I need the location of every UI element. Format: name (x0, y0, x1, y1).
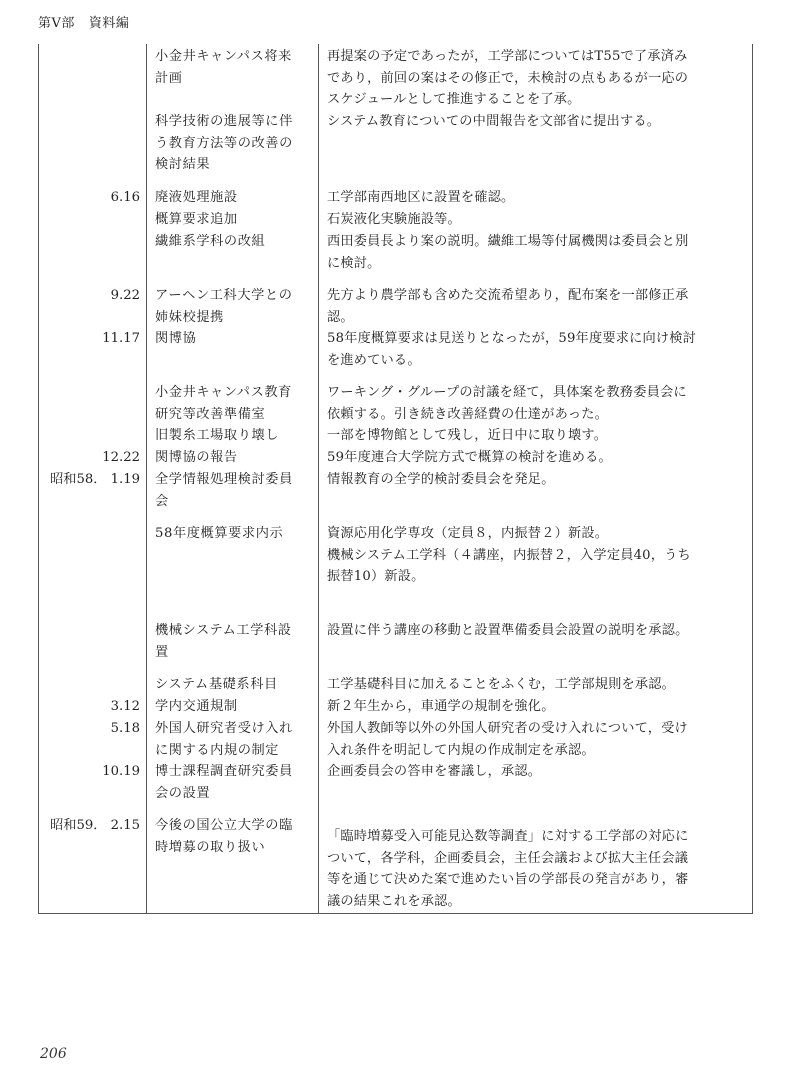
description-cell: 59年度連合大学院方式で概算の検討を進める。 (327, 447, 747, 469)
item-line: アーヘン工科大学との (155, 285, 313, 307)
part-label: 第Ⅴ部 (38, 16, 75, 31)
item-cell: 廃液処理施設 (155, 187, 313, 209)
description-cell: 工学部南西地区に設置を確認。 (327, 187, 747, 209)
description-cell: ワーキング・グループの討議を経て，具体案を教務委員会に依頼する。引き続き改善経費… (327, 382, 747, 425)
description-line: であり，前回の案はその修正で，未検討の点もあるが一応の (327, 68, 747, 90)
item-line: 会の設置 (155, 783, 313, 805)
description-line: 再提案の予定であったが，工学部についてはT55で了承済み (327, 46, 747, 68)
item-line: 置 (155, 642, 313, 664)
description-cell: 先方より農学部も含めた交流希望あり，配布案を一部修正承認。 (327, 285, 747, 328)
item-cell: 科学技術の進展等に伴う教育方法等の改善の検討結果 (155, 111, 313, 176)
item-cell: 機械システム工学科設置 (155, 620, 313, 663)
date-cell: 10.19 (39, 761, 140, 783)
description-line: 西田委員長より案の説明。繊維工場等付属機関は委員会と別 (327, 231, 747, 253)
item-cell: 博士課程調査研究委員会の設置 (155, 761, 313, 804)
item-line: 機械システム工学科設 (155, 620, 313, 642)
description-line: 工学基礎科目に加えることをふくむ，工学部規則を承認。 (327, 674, 747, 696)
item-line: 博士課程調査研究委員 (155, 761, 313, 783)
description-line: スケジュールとして推進することを了承。 (327, 89, 747, 111)
item-cell: アーヘン工科大学との姉妹校提携 (155, 285, 313, 328)
description-cell: システム教育についての中間報告を文部省に提出する。 (327, 111, 747, 133)
item-line: 姉妹校提携 (155, 307, 313, 329)
description-line: 先方より農学部も含めた交流希望あり，配布案を一部修正承 (327, 285, 747, 307)
description-line: 外国人教師等以外の外国人研究者の受け入れについて，受け (327, 718, 747, 740)
description-line: 情報教育の全学的検討委員会を発足。 (327, 469, 747, 491)
date-cell: 昭和58． 1.19 (39, 469, 140, 491)
description-line: 議の結果これを承認。 (327, 891, 747, 913)
section-label: 資料編 (89, 16, 130, 31)
description-line: 企画委員会の答申を審議し，承認。 (327, 761, 747, 783)
description-line: 工学部南西地区に設置を確認。 (327, 187, 747, 209)
description-cell: 58年度概算要求は見送りとなったが，59年度要求に向け検討を進めている。 (327, 328, 747, 371)
description-cell: 情報教育の全学的検討委員会を発足。 (327, 469, 747, 491)
column-divider (146, 44, 147, 913)
item-line: う教育方法等の改善の (155, 133, 313, 155)
item-line: システム基礎系科目 (155, 674, 313, 696)
description-cell: 資源応用化学専攻（定員８，内振替２）新設。機械システム工学科（４講座，内振替２，… (327, 523, 747, 588)
description-cell: 一部を博物館として残し，近日中に取り壊す。 (327, 425, 747, 447)
item-line: 58年度概算要求内示 (155, 523, 313, 545)
item-cell: 概算要求追加 (155, 209, 313, 231)
item-cell: 今後の国公立大学の臨時増募の取り扱い (155, 815, 313, 858)
item-cell: 外国人研究者受け入れに関する内規の制定 (155, 718, 313, 761)
description-cell: 工学基礎科目に加えることをふくむ，工学部規則を承認。 (327, 674, 747, 696)
description-cell: 「臨時増募受入可能見込数等調査」に対する工学部の対応について，各学科，企画委員会… (327, 826, 747, 913)
item-line: 概算要求追加 (155, 209, 313, 231)
description-line: 新２年生から，車通学の規制を強化。 (327, 696, 747, 718)
description-line: システム教育についての中間報告を文部省に提出する。 (327, 111, 747, 133)
description-cell: 再提案の予定であったが，工学部についてはT55で了承済みであり，前回の案はその修… (327, 46, 747, 111)
item-line: 廃液処理施設 (155, 187, 313, 209)
description-line: ワーキング・グループの討議を経て，具体案を教務委員会に (327, 382, 747, 404)
item-cell: 学内交通規制 (155, 696, 313, 718)
description-cell: 新２年生から，車通学の規制を強化。 (327, 696, 747, 718)
description-cell: 設置に伴う講座の移動と設置準備委員会設置の説明を承認。 (327, 620, 747, 642)
item-line: 関博協 (155, 328, 313, 350)
description-line: を進めている。 (327, 350, 747, 372)
item-line: 検討結果 (155, 154, 313, 176)
running-header: 第Ⅴ部資料編 (38, 12, 129, 31)
date-cell: 3.12 (39, 696, 140, 718)
description-line: 依頼する。引き続き改善経費の仕達があった。 (327, 404, 747, 426)
item-line: 会 (155, 491, 313, 513)
item-line: 外国人研究者受け入れ (155, 718, 313, 740)
item-cell: 旧製糸工場取り壊し (155, 425, 313, 447)
date-cell: 12.22 (39, 447, 140, 469)
description-line: ついて，各学科，企画委員会，主任会議および拡大主任会議 (327, 848, 747, 870)
item-line: に関する内規の制定 (155, 740, 313, 762)
description-cell: 企画委員会の答申を審議し，承認。 (327, 761, 747, 783)
description-cell: 外国人教師等以外の外国人研究者の受け入れについて，受け入れ条件を明記して内規の作… (327, 718, 747, 761)
date-cell: 11.17 (39, 328, 140, 350)
item-line: 科学技術の進展等に伴 (155, 111, 313, 133)
item-line: 旧製糸工場取り壊し (155, 425, 313, 447)
date-cell: 9.22 (39, 285, 140, 307)
description-line: 石炭液化実験施設等。 (327, 209, 747, 231)
description-line: 59年度連合大学院方式で概算の検討を進める。 (327, 447, 747, 469)
item-cell: システム基礎系科目 (155, 674, 313, 696)
item-line: 学内交通規制 (155, 696, 313, 718)
description-line: 機械システム工学科（４講座，内振替２，入学定員40，うち (327, 545, 747, 567)
item-cell: 小金井キャンパス教育研究等改善準備室 (155, 382, 313, 425)
item-line: 計画 (155, 68, 313, 90)
item-line: 小金井キャンパス将来 (155, 46, 313, 68)
item-cell: 全学情報処理検討委員会 (155, 469, 313, 512)
description-line: 認。 (327, 307, 747, 329)
item-line: 小金井キャンパス教育 (155, 382, 313, 404)
page-number: 206 (40, 1046, 67, 1062)
column-divider (318, 44, 319, 913)
description-line: 58年度概算要求は見送りとなったが，59年度要求に向け検討 (327, 328, 747, 350)
item-cell: 58年度概算要求内示 (155, 523, 313, 545)
item-line: 全学情報処理検討委員 (155, 469, 313, 491)
item-cell: 小金井キャンパス将来計画 (155, 46, 313, 89)
item-line: 時増募の取り扱い (155, 837, 313, 859)
item-line: 繊維系学科の改組 (155, 231, 313, 253)
date-cell: 昭和59． 2.15 (39, 815, 140, 837)
item-line: 関博協の報告 (155, 447, 313, 469)
item-line: 研究等改善準備室 (155, 404, 313, 426)
description-line: に検討。 (327, 253, 747, 275)
item-line: 今後の国公立大学の臨 (155, 815, 313, 837)
chronology-table: 小金井キャンパス将来計画再提案の予定であったが，工学部についてはT55で了承済み… (38, 44, 753, 914)
item-cell: 関博協の報告 (155, 447, 313, 469)
description-line: 「臨時増募受入可能見込数等調査」に対する工学部の対応に (327, 826, 747, 848)
item-cell: 繊維系学科の改組 (155, 231, 313, 253)
description-line: 一部を博物館として残し，近日中に取り壊す。 (327, 425, 747, 447)
description-line: 資源応用化学専攻（定員８，内振替２）新設。 (327, 523, 747, 545)
description-line: 設置に伴う講座の移動と設置準備委員会設置の説明を承認。 (327, 620, 747, 642)
description-cell: 石炭液化実験施設等。 (327, 209, 747, 231)
description-line: 等を通じて決めた案で進めたい旨の学部長の発言があり，審 (327, 869, 747, 891)
date-cell: 5.18 (39, 718, 140, 740)
date-cell: 6.16 (39, 187, 140, 209)
description-line: 振替10）新設。 (327, 566, 747, 588)
description-line: 入れ条件を明記して内規の作成制定を承認。 (327, 740, 747, 762)
item-cell: 関博協 (155, 328, 313, 350)
description-cell: 西田委員長より案の説明。繊維工場等付属機関は委員会と別に検討。 (327, 231, 747, 274)
